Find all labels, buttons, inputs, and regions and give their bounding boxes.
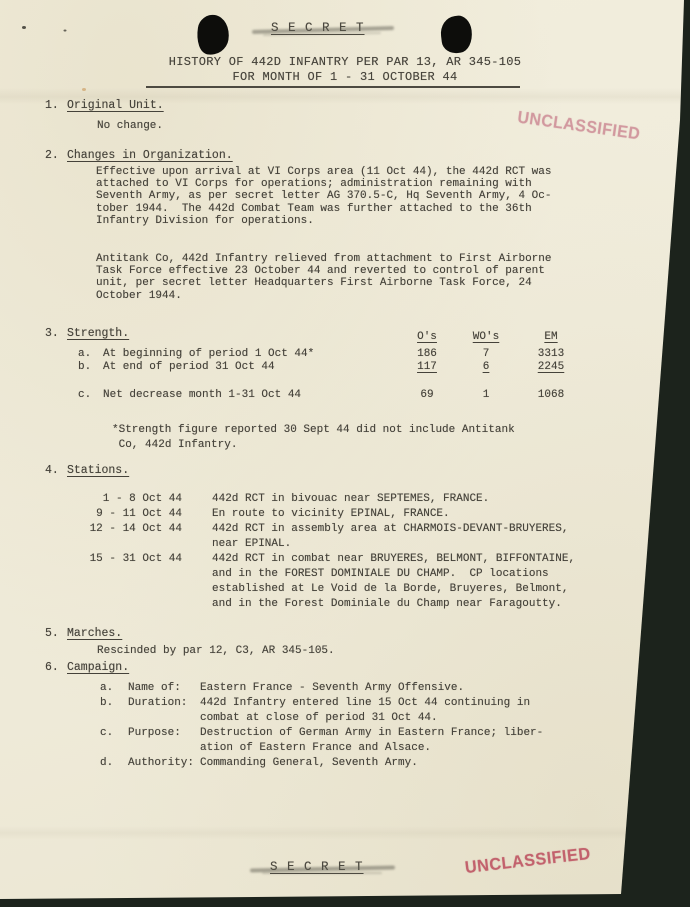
item-value: 442d Infantry entered line 15 Oct 44 con… [200,696,570,726]
strength-footnote: *Strength figure reported 30 Sept 44 did… [112,423,515,452]
row-description: At beginning of period 1 Oct 44* [103,348,314,360]
strikethrough-smudge [262,872,382,874]
station-description: 442d RCT in assembly area at CHARMOIS-DE… [212,522,612,552]
value-enlisted-men: 1068 [528,389,574,401]
section-heading-text: Stations. [67,464,129,477]
item-label: b. [100,696,113,711]
value-warrant-officers: 6 [463,361,509,373]
row-label: a. [78,348,91,360]
item-value: Destruction of German Army in Eastern Fr… [200,726,570,756]
section-2-paragraph-2: Antitank Co, 442d Infantry relieved from… [96,253,576,302]
value-warrant-officers: 1 [463,389,509,401]
section-heading-text: Campaign. [67,661,129,674]
section-number: 5. [45,627,67,640]
paper-speck [22,26,26,29]
value-enlisted-men: 3313 [528,348,574,360]
section-number: 6. [45,661,67,674]
item-label: c. [100,726,113,741]
station-date-range: 12 - 14 Oct 44 [62,522,182,537]
section-1-heading: 1.Original Unit. [45,99,164,112]
station-date-range: 15 - 31 Oct 44 [62,552,182,567]
item-label: a. [100,681,113,696]
column-header-warrant-officers: WO's [463,331,509,343]
item-field: Authority: [128,756,194,771]
section-number: 1. [45,99,67,112]
punch-hole-right [439,14,474,55]
row-description: Net decrease month 1-31 Oct 44 [103,389,301,401]
column-header-officers: O's [404,331,450,343]
scanned-document-screenshot: { "colors": { "paper": "#f0ecdb", "ink":… [0,0,690,907]
section-number: 3. [45,327,67,340]
section-2-heading: 2.Changes in Organization. [45,149,233,162]
station-description: 442d RCT in bivouac near SEPTEMES, FRANC… [212,492,612,507]
value-officers: 186 [404,348,450,360]
document-title: HISTORY OF 442D INFANTRY PER PAR 13, AR … [0,55,690,85]
value-warrant-officers: 7 [463,348,509,360]
row-label: c. [78,389,91,401]
station-description: En route to vicinity EPINAL, FRANCE. [212,507,612,522]
station-description: 442d RCT in combat near BRUYERES, BELMON… [212,552,612,612]
unclassified-stamp-bottom: UNCLASSIFIED [464,844,592,878]
section-heading-text: Marches. [67,627,122,640]
section-number: 2. [45,149,67,162]
section-heading-text: Changes in Organization. [67,149,233,162]
value-enlisted-men: 2245 [528,361,574,373]
document-title-line2: FOR MONTH OF 1 - 31 OCTOBER 44 [0,70,690,85]
section-number: 4. [45,464,67,477]
item-label: d. [100,756,113,771]
item-field: Name of: [128,681,181,696]
unclassified-stamp-top: UNCLASSIFIED [516,107,641,144]
section-5-body: Rescinded by par 12, C3, AR 345-105. [97,645,335,657]
section-3-heading: 3.Strength. [45,327,129,340]
title-underline-rule [146,86,520,88]
station-date-range: 1 - 8 Oct 44 [62,492,182,507]
row-description: At end of period 31 Oct 44 [103,361,275,373]
item-field: Purpose: [128,726,181,741]
item-value: Commanding General, Seventh Army. [200,756,570,771]
paper-crease [0,826,690,840]
station-date-range: 9 - 11 Oct 44 [62,507,182,522]
section-heading-text: Original Unit. [67,99,164,112]
section-4-heading: 4.Stations. [45,464,129,477]
section-heading-text: Strength. [67,327,129,340]
row-label: b. [78,361,91,373]
section-1-body: No change. [97,120,163,132]
item-field: Duration: [128,696,187,711]
item-value: Eastern France - Seventh Army Offensive. [200,681,570,696]
value-officers: 69 [404,389,450,401]
section-6-heading: 6.Campaign. [45,661,129,674]
section-2-paragraph-1: Effective upon arrival at VI Corps area … [96,166,576,227]
value-officers: 117 [404,361,450,373]
section-5-heading: 5.Marches. [45,627,122,640]
punch-hole-left [194,13,232,58]
column-header-enlisted-men: EM [528,331,574,343]
document-title-line1: HISTORY OF 442D INFANTRY PER PAR 13, AR … [0,55,690,70]
document-page: S E C R E T HISTORY OF 442D INFANTRY PER… [0,0,690,907]
